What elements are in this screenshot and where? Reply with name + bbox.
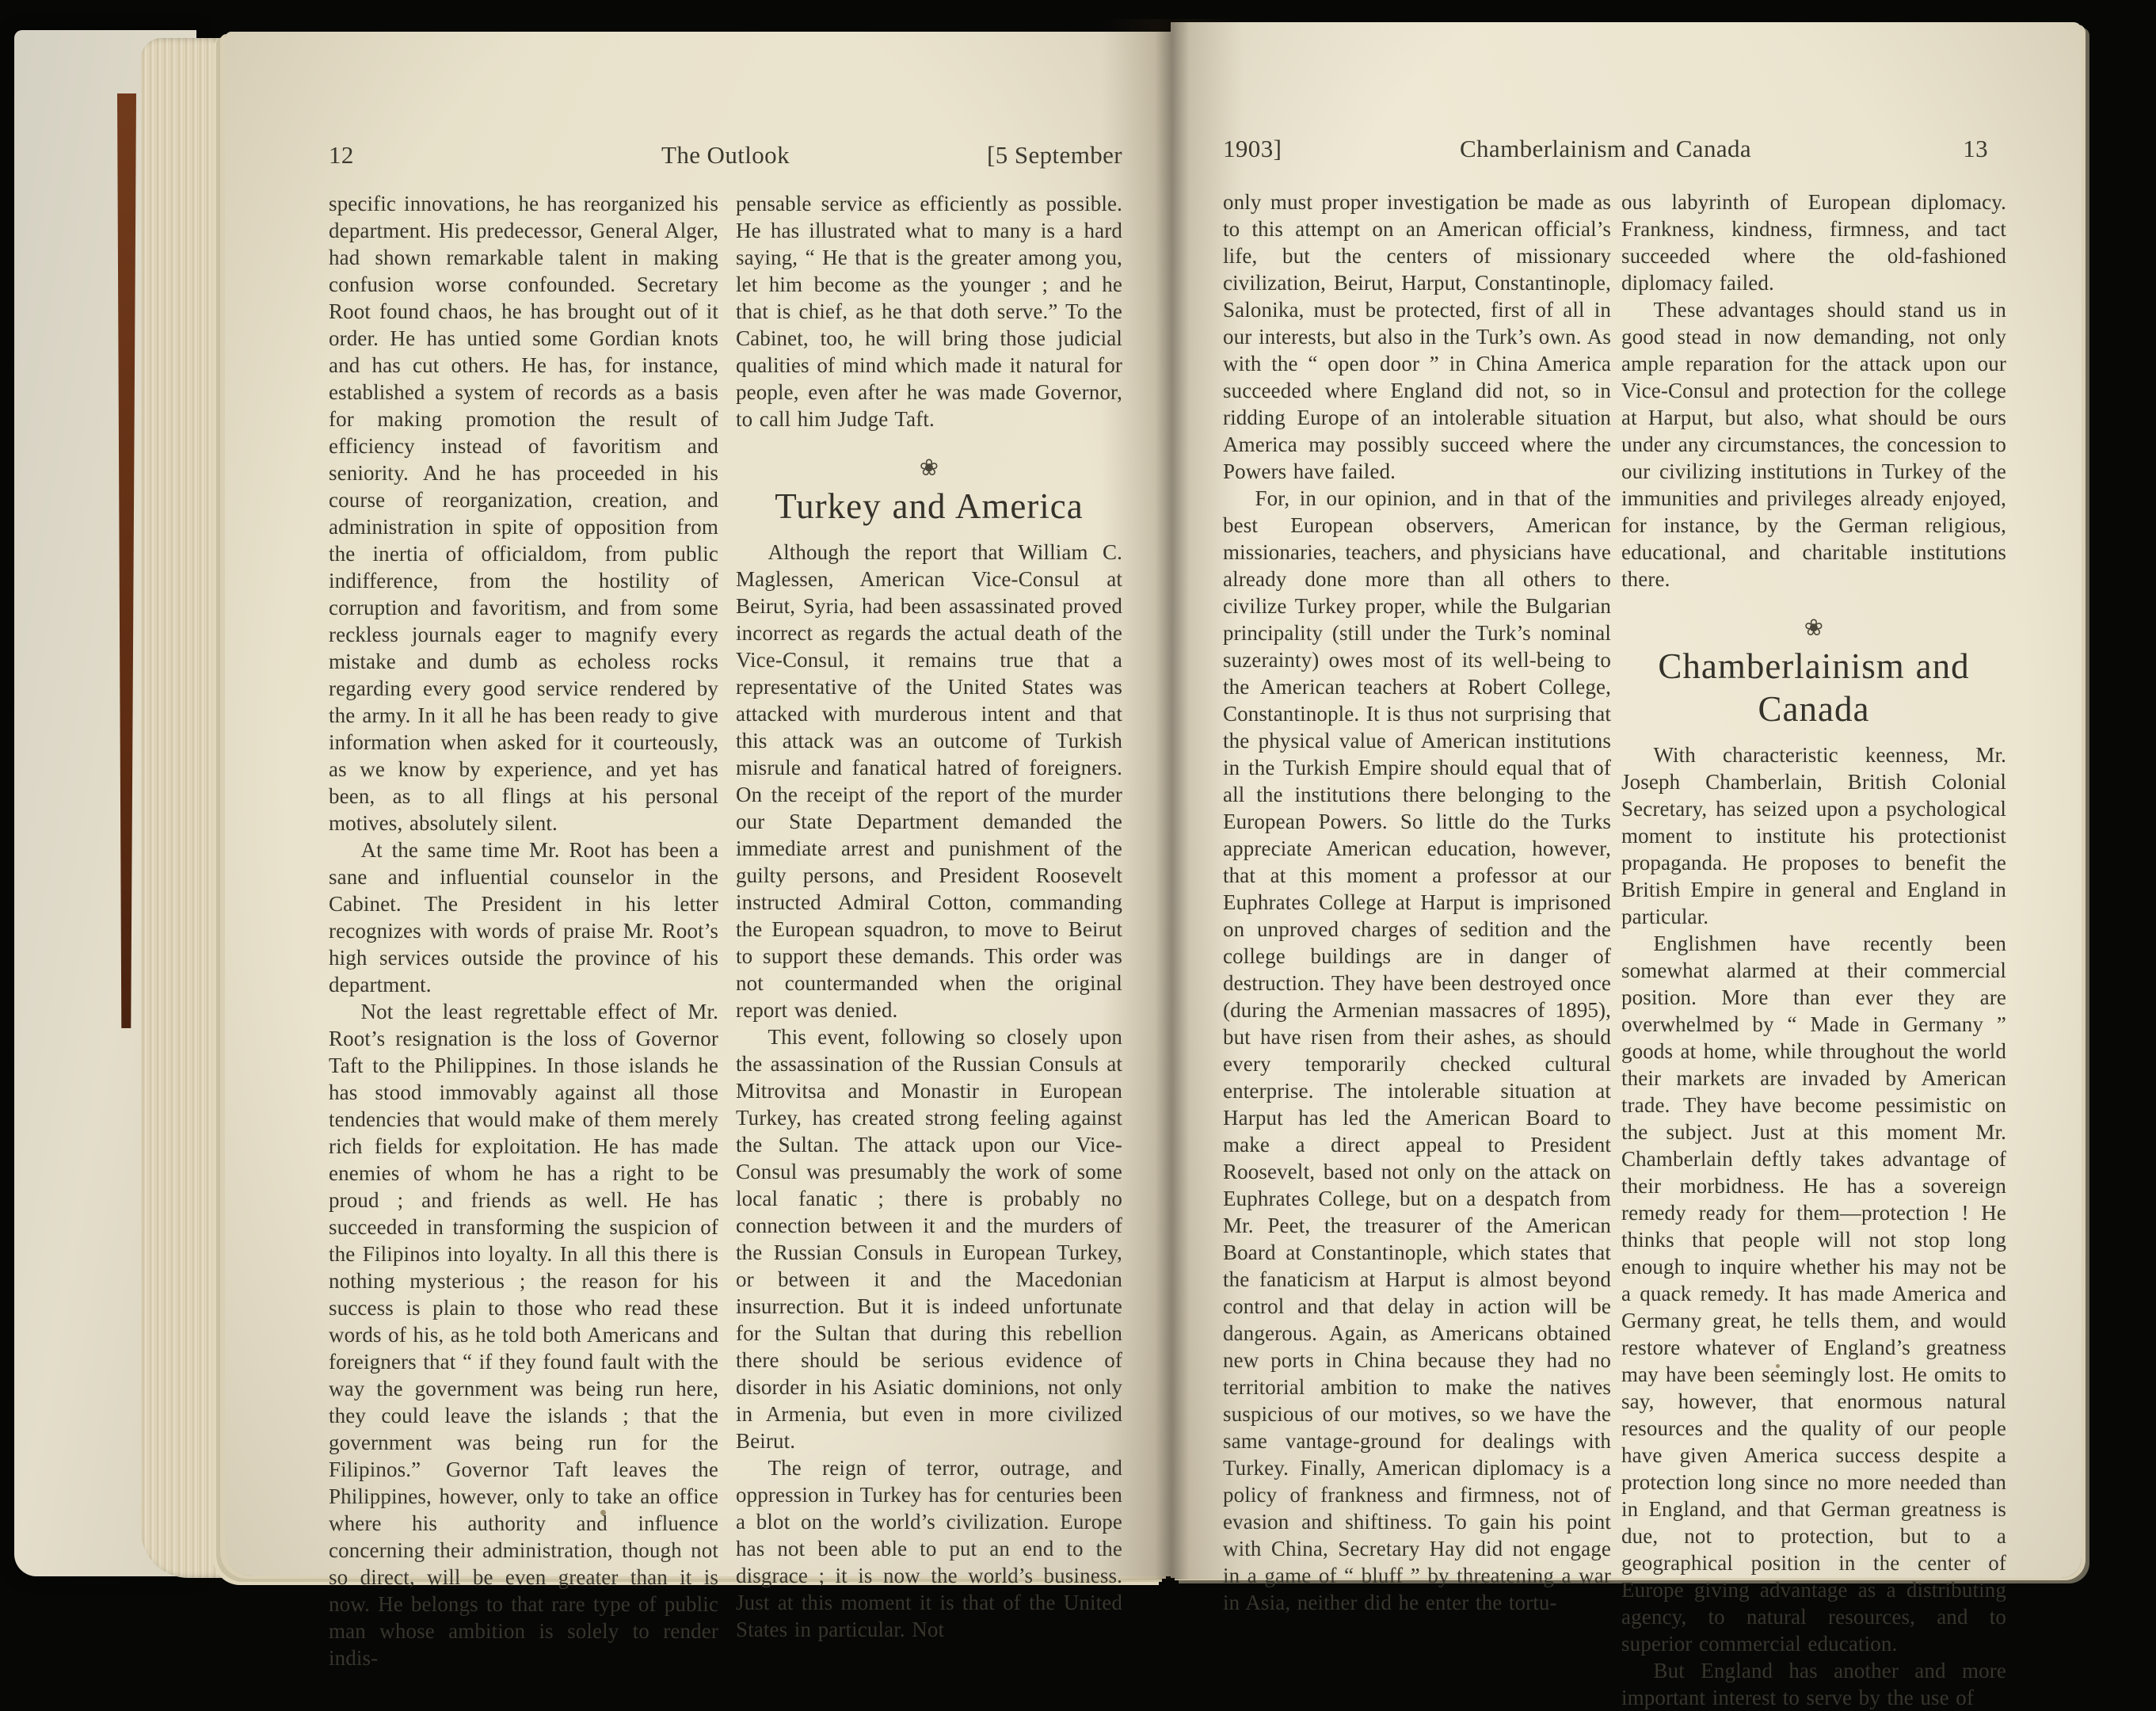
left-running-head: 12 The Outlook [5 September (329, 141, 1122, 170)
paragraph: The reign of terror, outrage, and oppres… (736, 1454, 1122, 1605)
page-fore-edge-stack (141, 38, 230, 1578)
journal-title: The Outlook (329, 141, 1122, 170)
right-running-head: 1903] Chamberlainism and Canada 13 (1223, 135, 1988, 163)
paragraph: With characteristic keenness, Mr. Joseph… (1621, 741, 2006, 930)
article-running-title: Chamberlainism and Canada (1223, 135, 1988, 163)
article-title: Turkey and America (736, 485, 1122, 528)
paragraph: At the same time Mr. Root has been a san… (329, 836, 718, 998)
flower-ornament-icon: ❀ (736, 455, 1122, 480)
paper-speck (600, 1510, 606, 1515)
paragraph: These advantages should stand us in good… (1621, 296, 2006, 593)
flower-ornament-icon: ❀ (1621, 615, 2006, 640)
paragraph: pensable service as efficiently as possi… (736, 190, 1122, 433)
paper-speck (1776, 1364, 1780, 1368)
left-page-column-2: pensable service as efficiently as possi… (736, 190, 1122, 1605)
paragraph: specific innovations, he has reorganized… (329, 190, 718, 836)
article-title: Chamberlainism and Canada (1621, 645, 2006, 730)
paragraph: For, in our opinion, and in that of the … (1223, 485, 1611, 1605)
right-page-column-2: ous labyrinth of European diplomacy. Fra… (1621, 189, 2006, 1605)
left-page-column-1: specific innovations, he has reorganized… (329, 190, 718, 1605)
right-page-column-1: only must proper investigation be made a… (1223, 189, 1611, 1605)
paragraph: Although the report that William C. Magl… (736, 539, 1122, 1023)
paragraph: Not the least regrettable effect of Mr. … (329, 998, 718, 1605)
paragraph: only must proper investigation be made a… (1223, 189, 1611, 485)
paragraph: ous labyrinth of European diplomacy. Fra… (1621, 189, 2006, 296)
paragraph: This event, following so closely upon th… (736, 1023, 1122, 1454)
open-book-scan: 12 The Outlook [5 September 1903] Chambe… (0, 0, 2156, 1605)
paragraph: Englishmen have recently been somewhat a… (1621, 930, 2006, 1605)
